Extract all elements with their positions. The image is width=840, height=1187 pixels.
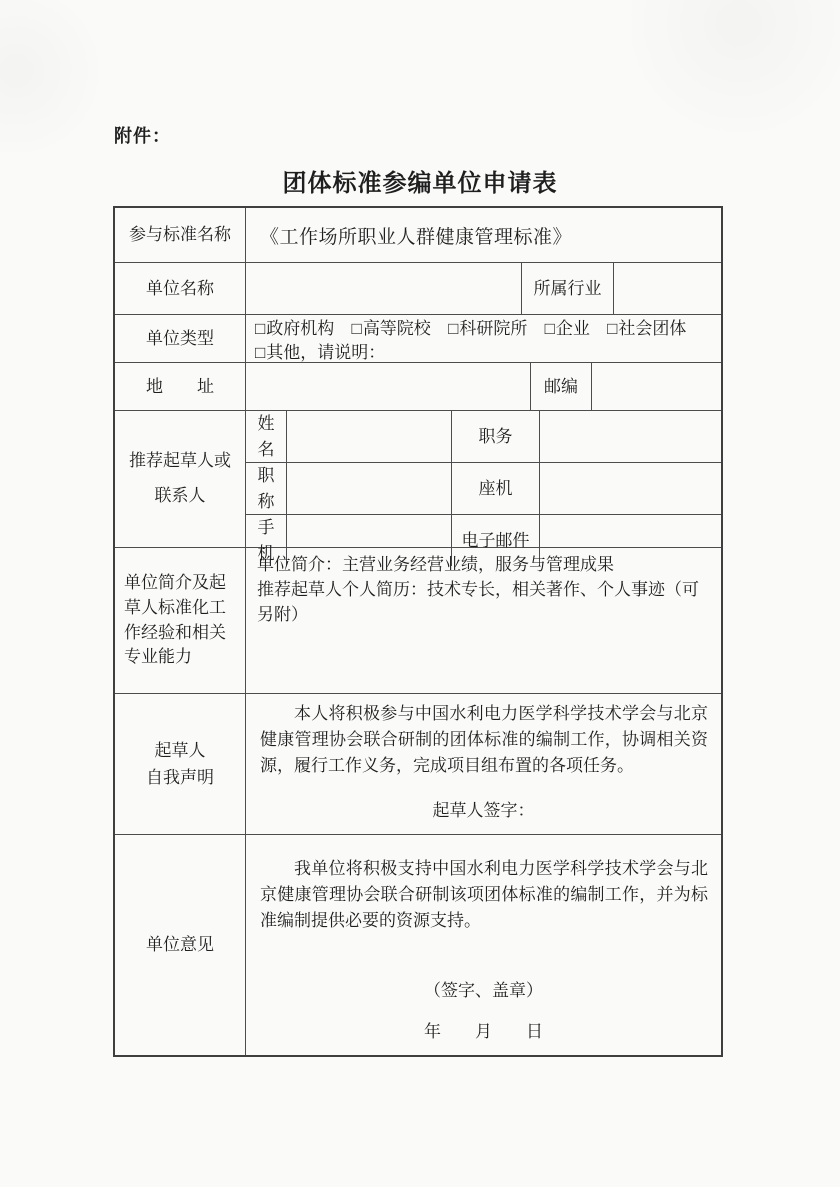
field-label-unit-profile: 单位简介及起 草人标准化工 作经验和相关 专业能力 bbox=[115, 548, 245, 693]
postcode-value bbox=[591, 363, 721, 410]
field-label-unit-type: 单位类型 bbox=[115, 315, 245, 362]
option-label-other: 其他，请说明： bbox=[266, 343, 385, 362]
unit-type-options-line2: □其他，请说明： bbox=[255, 341, 713, 365]
row-unit-type: 单位类型 □政府机构 □高等院校 □科研院所 □企业 □社会团体 □其他，请说明… bbox=[115, 314, 721, 362]
row-standard-name: 参与标准名称 《工作场所职业人群健康管理标准》 bbox=[115, 208, 721, 262]
checkbox-option-research: □科研院所 bbox=[448, 317, 527, 341]
field-label-unit-opinion: 单位意见 bbox=[115, 835, 245, 1055]
checkbox-option-university: □高等院校 bbox=[352, 317, 431, 341]
scanned-document-page: 附件： 团体标准参编单位申请表 参与标准名称 《工作场所职业人群健康管理标准》 … bbox=[0, 0, 840, 1187]
option-label-research: 科研院所 bbox=[459, 319, 527, 338]
row-drafter-declaration: 起草人 自我声明 本人将积极参与中国水利电力医学科学技术学会与北京健康管理协会联… bbox=[115, 693, 721, 834]
address-value bbox=[245, 363, 530, 410]
unit-type-options-line1: □政府机构 □高等院校 □科研院所 □企业 □社会团体 bbox=[255, 317, 713, 341]
contact-name-value bbox=[286, 411, 451, 462]
field-label-standard-name: 参与标准名称 bbox=[115, 208, 245, 262]
field-label-contact: 推荐起草人或 联系人 bbox=[115, 411, 245, 547]
checkbox-icon: □ bbox=[255, 317, 265, 341]
checkbox-option-enterprise: □企业 bbox=[545, 317, 590, 341]
contact-title-value bbox=[286, 463, 451, 514]
contact-position-value bbox=[539, 411, 721, 462]
checkbox-icon: □ bbox=[352, 317, 362, 341]
field-label-postcode: 邮编 bbox=[530, 363, 591, 410]
checkbox-option-government: □政府机构 bbox=[255, 317, 334, 341]
contact-landline-value bbox=[539, 463, 721, 514]
unit-profile-prompt-line1: 单位简介：主营业务经营业绩，服务与管理成果 bbox=[257, 552, 711, 577]
contact-row-title: 职 称 座机 bbox=[246, 462, 721, 514]
checkbox-icon: □ bbox=[545, 317, 555, 341]
declaration-content: 本人将积极参与中国水利电力医学科学技术学会与北京健康管理协会联合研制的团体标准的… bbox=[245, 694, 721, 834]
option-label-government: 政府机构 bbox=[266, 319, 334, 338]
unit-profile-content: 单位简介：主营业务经营业绩，服务与管理成果 推荐起草人个人简历：技术专长，相关著… bbox=[245, 548, 721, 693]
signature-seal-label: （签字、盖章） bbox=[246, 976, 721, 1001]
field-label-address: 地 址 bbox=[115, 363, 245, 410]
option-label-social-org: 社会团体 bbox=[618, 319, 686, 338]
checkbox-option-other: □其他，请说明： bbox=[255, 341, 385, 365]
page-title: 团体标准参编单位申请表 bbox=[0, 163, 840, 198]
field-label-landline: 座机 bbox=[451, 463, 539, 514]
row-address: 地 址 邮编 bbox=[115, 362, 721, 410]
row-unit-name: 单位名称 所属行业 bbox=[115, 262, 721, 314]
checkbox-icon: □ bbox=[607, 317, 617, 341]
unit-profile-prompt-line2: 推荐起草人个人简历：技术专长，相关著作、个人事迹（可另附） bbox=[257, 577, 711, 627]
application-form-table: 参与标准名称 《工作场所职业人群健康管理标准》 单位名称 所属行业 单位类型 □… bbox=[113, 206, 723, 1057]
unit-name-value bbox=[245, 263, 521, 314]
field-label-declaration: 起草人 自我声明 bbox=[115, 694, 245, 834]
unit-type-options: □政府机构 □高等院校 □科研院所 □企业 □社会团体 □其他，请说明： bbox=[245, 315, 721, 362]
checkbox-icon: □ bbox=[448, 317, 458, 341]
row-unit-opinion: 单位意见 我单位将积极支持中国水利电力医学科学技术学会与北京健康管理协会联合研制… bbox=[115, 834, 721, 1055]
row-contact-person: 推荐起草人或 联系人 姓 名 职务 职 称 座机 手 机 电子邮件 bbox=[115, 410, 721, 547]
declaration-body: 本人将积极参与中国水利电力医学科学技术学会与北京健康管理协会联合研制的团体标准的… bbox=[246, 694, 721, 779]
spacer bbox=[246, 934, 721, 976]
contact-grid: 姓 名 职务 职 称 座机 手 机 电子邮件 bbox=[245, 411, 721, 547]
field-label-name: 姓 名 bbox=[246, 411, 286, 462]
field-label-professional-title: 职 称 bbox=[246, 463, 286, 514]
spacer bbox=[246, 779, 721, 796]
contact-row-name: 姓 名 职务 bbox=[246, 411, 721, 462]
attachment-label: 附件： bbox=[114, 122, 171, 148]
unit-opinion-content: 我单位将积极支持中国水利电力医学科学技术学会与北京健康管理协会联合研制该项团体标… bbox=[245, 835, 721, 1055]
field-label-unit-name: 单位名称 bbox=[115, 263, 245, 314]
industry-value bbox=[613, 263, 721, 314]
unit-opinion-body: 我单位将积极支持中国水利电力医学科学技术学会与北京健康管理协会联合研制该项团体标… bbox=[246, 835, 721, 934]
field-label-position: 职务 bbox=[451, 411, 539, 462]
checkbox-option-social-org: □社会团体 bbox=[607, 317, 686, 341]
option-label-university: 高等院校 bbox=[363, 319, 431, 338]
option-label-enterprise: 企业 bbox=[556, 319, 590, 338]
row-unit-profile: 单位简介及起 草人标准化工 作经验和相关 专业能力 单位简介：主营业务经营业绩，… bbox=[115, 547, 721, 693]
standard-name-value: 《工作场所职业人群健康管理标准》 bbox=[245, 208, 721, 262]
checkbox-icon: □ bbox=[255, 341, 265, 365]
drafter-signature-label: 起草人签字： bbox=[246, 796, 721, 834]
field-label-industry: 所属行业 bbox=[521, 263, 613, 314]
date-label: 年 月 日 bbox=[246, 1001, 721, 1055]
